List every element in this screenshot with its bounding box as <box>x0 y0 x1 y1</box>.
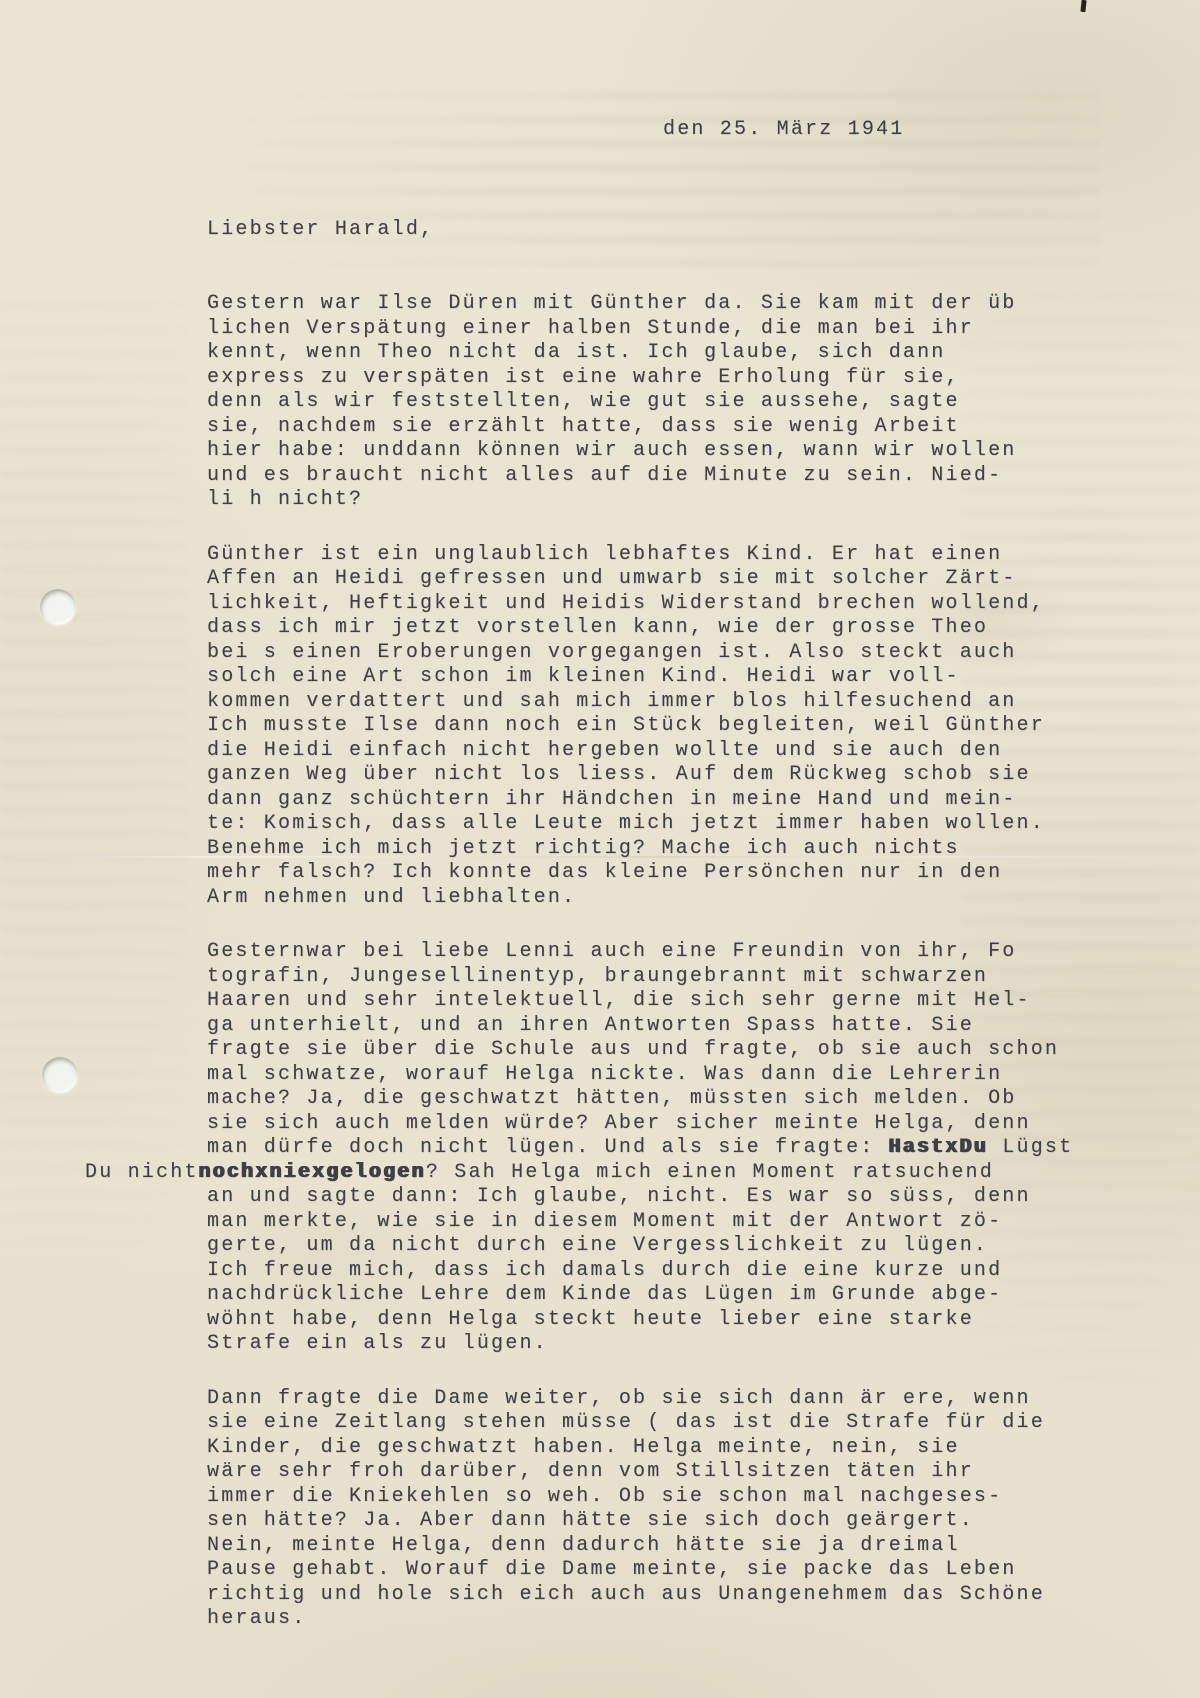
letter-line: hier habe: unddann können wir auch essen… <box>207 439 1073 464</box>
letter-line: und es braucht nicht alles auf die Minut… <box>207 464 1073 489</box>
letter-line: Ich musste Ilse dann noch ein Stück begl… <box>207 714 1073 739</box>
letter-line: li h nicht? <box>207 488 1073 513</box>
letter-line: Dann fragte die Dame weiter, ob sie sich… <box>207 1387 1073 1412</box>
letter-date: den 25. März 1941 <box>663 118 904 141</box>
letter-line: Haaren und sehr intelektuell, die sich s… <box>207 989 1073 1014</box>
letter-line: kennt, wenn Theo nicht da ist. Ich glaub… <box>207 341 1073 366</box>
letter-line: heraus. <box>207 1607 1073 1632</box>
letter-line: richtig und hole sich eich auch aus Unan… <box>207 1583 1073 1608</box>
bleedthrough-layer-left <box>0 290 190 1390</box>
letter-line: mache? Ja, die geschwatzt hätten, müsste… <box>207 1087 1073 1112</box>
letter-line: Du nichtnochxniexgelogen? Sah Helga mich… <box>85 1161 1073 1186</box>
letter-body: Gestern war Ilse Düren mit Günther da. S… <box>207 292 1073 1662</box>
letter-line: Nein, meinte Helga, denn dadurch hätte s… <box>207 1534 1073 1559</box>
scan-artifact-mark <box>1080 0 1086 12</box>
text-segment: Du nicht <box>85 1161 199 1184</box>
letter-line: Gesternwar bei liebe Lenni auch eine Fre… <box>207 940 1073 965</box>
letter-line: express zu verspäten ist eine wahre Erho… <box>207 366 1073 391</box>
letter-line: Arm nehmen und liebhalten. <box>207 886 1073 911</box>
letter-line: Benehme ich mich jetzt richtig? Mache ic… <box>207 837 1073 862</box>
struck-text: HastxDu <box>889 1136 988 1159</box>
letter-line: sie sich auch melden würde? Aber sicher … <box>207 1112 1073 1137</box>
letter-line: lichen Verspätung einer halben Stunde, d… <box>207 317 1073 342</box>
letter-line: sen hätte? Ja. Aber dann hätte sie sich … <box>207 1509 1073 1534</box>
letter-line: wäre sehr froh darüber, denn vom Stillsi… <box>207 1460 1073 1485</box>
paragraph-4: Dann fragte die Dame weiter, ob sie sich… <box>207 1387 1073 1632</box>
letter-line: te: Komisch, dass alle Leute mich jetzt … <box>207 812 1073 837</box>
letter-line: wöhnt habe, denn Helga steckt heute lieb… <box>207 1308 1073 1333</box>
text-segment: ? Sah Helga mich einen Moment ratsuchend <box>426 1161 994 1184</box>
letter-line: fragte sie über die Schule aus und fragt… <box>207 1038 1073 1063</box>
letter-line: solch eine Art schon im kleinen Kind. He… <box>207 665 1073 690</box>
letter-line: man merkte, wie sie in diesem Moment mit… <box>207 1210 1073 1235</box>
letter-line: Ich freue mich, dass ich damals durch di… <box>207 1259 1073 1284</box>
letter-line: gerte, um da nicht durch eine Vergesslic… <box>207 1234 1073 1259</box>
letter-line: lichkeit, Heftigkeit und Heidis Widersta… <box>207 592 1073 617</box>
letter-line: man dürfe doch nicht lügen. Und als sie … <box>207 1136 1073 1161</box>
letter-line: sie, nachdem sie erzählt hatte, dass sie… <box>207 415 1073 440</box>
letter-line: nachdrückliche Lehre dem Kinde das Lügen… <box>207 1283 1073 1308</box>
hole-punch-top <box>40 589 76 625</box>
text-segment: Lügst <box>988 1136 1073 1159</box>
letter-page: den 25. März 1941 Liebster Harald, Geste… <box>0 0 1200 1698</box>
letter-line: Kinder, die geschwatzt haben. Helga mein… <box>207 1436 1073 1461</box>
letter-salutation: Liebster Harald, <box>207 218 434 241</box>
paragraph-2: Günther ist ein unglaublich lebhaftes Ki… <box>207 543 1073 911</box>
struck-text: nochxniexgelogen <box>199 1161 426 1184</box>
letter-line: dass ich mir jetzt vorstellen kann, wie … <box>207 616 1073 641</box>
letter-line: mehr falsch? Ich konnte das kleine Persö… <box>207 861 1073 886</box>
letter-line: die Heidi einfach nicht hergeben wollte … <box>207 739 1073 764</box>
paragraph-3: Gesternwar bei liebe Lenni auch eine Fre… <box>207 940 1073 1357</box>
paragraph-1: Gestern war Ilse Düren mit Günther da. S… <box>207 292 1073 513</box>
text-segment: man dürfe doch nicht lügen. Und als sie … <box>207 1136 889 1159</box>
hole-punch-bottom <box>42 1057 78 1093</box>
letter-line: bei s einen Eroberungen vorgegangen ist.… <box>207 641 1073 666</box>
letter-line: sie eine Zeitlang stehen müsse ( das ist… <box>207 1411 1073 1436</box>
letter-line: kommen verdattert und sah mich immer blo… <box>207 690 1073 715</box>
letter-line: ga unterhielt, und an ihren Antworten Sp… <box>207 1014 1073 1039</box>
letter-line: Strafe ein als zu lügen. <box>207 1332 1073 1357</box>
letter-line: Pause gehabt. Worauf die Dame meinte, si… <box>207 1558 1073 1583</box>
letter-line: immer die Kniekehlen so weh. Ob sie scho… <box>207 1485 1073 1510</box>
letter-line: tografin, Jungesellinentyp, braungebrann… <box>207 965 1073 990</box>
letter-line: Günther ist ein unglaublich lebhaftes Ki… <box>207 543 1073 568</box>
letter-line: mal schwatze, worauf Helga nickte. Was d… <box>207 1063 1073 1088</box>
letter-line: ganzen Weg über nicht los liess. Auf dem… <box>207 763 1073 788</box>
letter-line: an und sagte dann: Ich glaube, nicht. Es… <box>207 1185 1073 1210</box>
letter-line: Affen an Heidi gefressen und umwarb sie … <box>207 567 1073 592</box>
letter-line: denn als wir feststellten, wie gut sie a… <box>207 390 1073 415</box>
letter-line: Gestern war Ilse Düren mit Günther da. S… <box>207 292 1073 317</box>
letter-line: dann ganz schüchtern ihr Händchen in mei… <box>207 788 1073 813</box>
